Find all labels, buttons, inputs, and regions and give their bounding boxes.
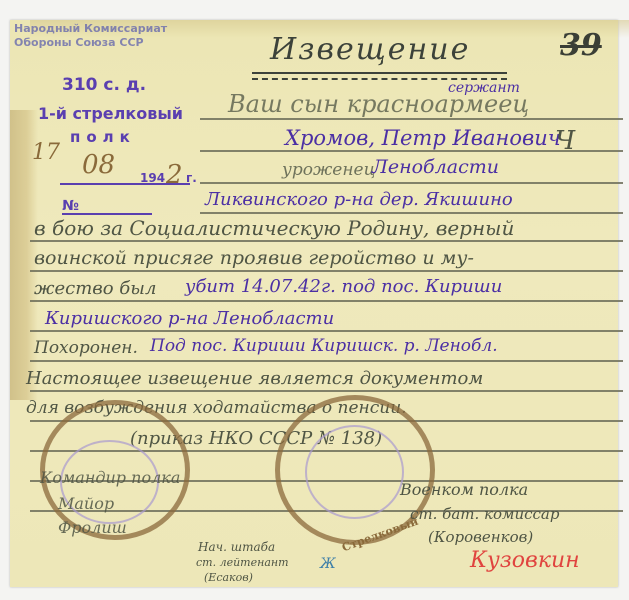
ruled-line [30,300,623,302]
commissar-title: Военком полка [400,480,528,499]
soldier-name: Хромов, Петр Иванович [285,126,561,150]
title-underline [252,72,507,74]
stamp-line1: Народный Комиссариат [14,22,167,36]
birthplace-label: уроженец [282,160,375,180]
date-month: 08 [82,150,115,180]
chief-title: Нач. штаба [198,540,275,554]
ruled-line [30,360,623,362]
date-year-digit: 2 [166,160,183,190]
commissar-name: (Коровенков) [428,528,533,546]
blue-signature: Ж [320,556,336,572]
ruled-line [200,118,623,120]
stamp-line2: Обороны Союза ССР [14,36,167,50]
ruled-line [200,182,623,184]
body-text-3-prefix: жество был [34,278,156,299]
death-details: убит 14.07.42г. под пос. Кириши [185,276,502,297]
ruled-line [200,212,623,214]
archive-number: 39 [560,28,602,63]
death-district: Киришского р-на Ленобласти [45,308,334,329]
margin-mark: Ч [555,126,575,156]
date-year-suffix: г. [186,171,197,185]
stamp-regiment-word: полк [70,128,136,146]
date-day: 17 [32,140,60,165]
stamp-division: 310 с. д. [62,75,146,95]
seal-right-inner [305,425,404,519]
birthplace: Ленобласти [372,156,499,178]
body-text-1: в бою за Социалистическую Родину, верный [34,216,514,240]
commander-title: Командир полка [40,468,180,487]
commissar-rank: ст. бат. комиссар [410,505,559,523]
commander-name: Фролиш [58,518,127,537]
body-text-2: воинской присяге проявив геройство и му- [34,247,474,269]
ruled-line [30,390,623,392]
red-signature: Кузовкин [470,548,580,573]
stamp-regiment: 1-й стрелковый [38,104,183,123]
chief-rank: ст. лейтенант [196,556,289,569]
number-label: № [62,198,79,214]
ruled-line [30,240,623,242]
ruled-line [30,330,623,332]
document-title: Извещение [270,32,470,67]
ruled-line [30,270,623,272]
date-year-prefix: 194 [140,171,165,185]
number-underline [62,213,152,215]
burial-place: Под пос. Кириши Киришск. р. Ленобл. [150,336,498,356]
commander-rank: Майор [58,494,114,513]
line-your-son: Ваш сын красноармеец [228,90,529,118]
burial-label: Похоронен. [34,338,138,358]
body-text-6: Настоящее извещение является документом [26,368,483,389]
district: Ликвинского р-на дер. Якишино [205,189,513,210]
chief-name: (Есаков) [204,571,253,584]
commissariat-stamp: Народный Комиссариат Обороны Союза ССР [14,22,167,50]
